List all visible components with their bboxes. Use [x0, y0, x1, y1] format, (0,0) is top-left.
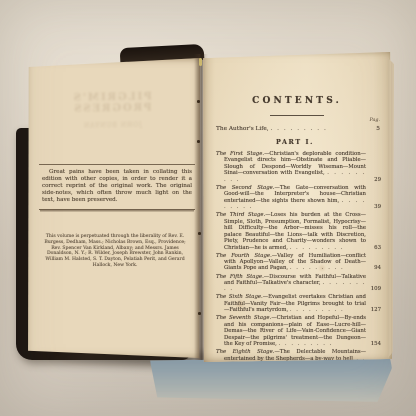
page-number: 63 — [374, 245, 381, 251]
page-number: 94 — [374, 265, 381, 271]
authors-life-page-number: 5 — [376, 126, 380, 132]
collation-note-box: Great pains have been taken in collating… — [39, 164, 195, 210]
collation-note-text: Great pains have been taken in collating… — [42, 169, 192, 204]
left-page: PILGRIM'S PROGRESS JOHN BUNYAN Great pai… — [27, 58, 200, 358]
page-block-fore-edge — [150, 356, 392, 402]
stitch-dot — [197, 140, 200, 143]
stage-label: The Eighth Stage. — [216, 349, 274, 355]
page-number: 39 — [374, 204, 381, 210]
binding-thread — [199, 58, 202, 66]
part-one-heading: PART I. — [202, 138, 388, 146]
dot-leader: . . . . . . . . . — [279, 341, 333, 347]
right-page-contents: CONTENTS. Pag. The Author's Life, . . . … — [202, 52, 392, 362]
heading-rule — [270, 115, 324, 116]
page-number: 29 — [374, 177, 381, 183]
publisher-note-text: This volume is perpetuated through the l… — [41, 234, 189, 269]
stage-label: The Seventh Stage. — [216, 315, 271, 321]
dot-leader: . . . . . . . . . — [290, 265, 344, 271]
page-column-header: Pag. — [370, 118, 380, 123]
stage-label: The Fifth Stage. — [216, 274, 264, 280]
page-number: 154 — [371, 341, 381, 347]
page-number: 127 — [371, 307, 381, 313]
contents-entry-first-stage: The First Stage.—Christian's deplorable … — [216, 151, 381, 183]
contents-entry-seventh-stage: The Seventh Stage.—Christian and Hopeful… — [216, 315, 381, 347]
stitch-dot — [198, 312, 201, 315]
stitch-dot — [197, 100, 200, 103]
dot-leader: . . . . . . . . . — [290, 245, 344, 251]
stage-label: The Fourth Stage. — [216, 253, 272, 259]
ghost-subtitle-text: JOHN BUNYAN — [37, 121, 187, 131]
contents-heading: CONTENTS. — [202, 96, 392, 106]
stage-label: The Second Stage. — [216, 185, 275, 191]
authors-life-label: The Author's Life, — [216, 126, 269, 132]
show-through-title: PILGRIM'S PROGRESS JOHN BUNYAN — [37, 91, 188, 131]
contents-entry-second-stage: The Second Stage.—The Gate—conversation … — [216, 185, 381, 211]
stage-label: The Third Stage. — [216, 212, 265, 218]
ghost-title-text: PILGRIM'S PROGRESS — [37, 91, 187, 116]
contents-entry-third-stage: The Third Stage.—Loses his burden at the… — [216, 212, 381, 251]
publisher-note-box: This volume is perpetuated through the l… — [41, 234, 189, 269]
dot-leader: . . . . . . . . . — [271, 126, 328, 132]
authors-life-row: The Author's Life, . . . . . . . . . 5 — [216, 126, 380, 132]
right-page-edge-stack — [388, 58, 394, 358]
stitch-dot — [198, 232, 201, 235]
contents-entry-fourth-stage: The Fourth Stage.—Valley of Humiliation—… — [216, 253, 381, 272]
contents-entry-sixth-stage: The Sixth Stage.—Evangelist overtakes Ch… — [216, 294, 381, 313]
stage-label: The Sixth Stage. — [216, 294, 263, 300]
contents-entry-fifth-stage: The Fifth Stage.—Discourse with Faithful… — [216, 274, 381, 293]
dot-leader: . . . . . . . . . — [224, 403, 278, 409]
antique-book-photo: PILGRIM'S PROGRESS JOHN BUNYAN Great pai… — [0, 0, 416, 416]
page-number: 190 — [371, 403, 381, 409]
dot-leader: . . . . . . . . . — [290, 307, 344, 313]
page-number: 109 — [371, 286, 381, 292]
